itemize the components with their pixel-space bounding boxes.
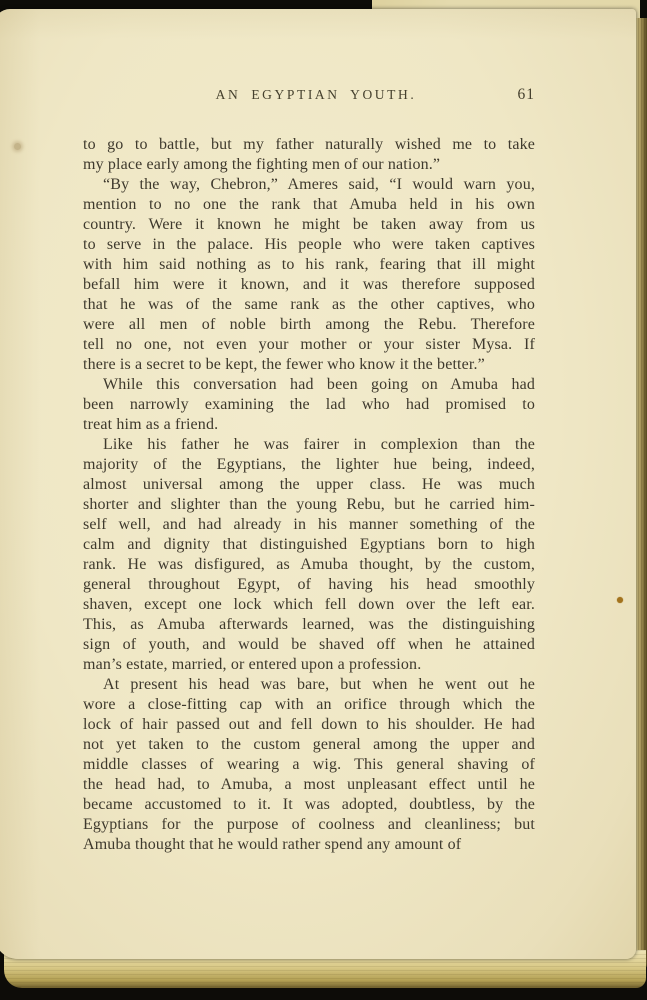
text-line: that he was of the same rank as the othe…: [83, 295, 535, 315]
text-line: Amuba thought that he would rather spend…: [83, 835, 535, 855]
page-number: 61: [518, 86, 536, 104]
text-line: man’s estate, married, or entered upon a…: [83, 655, 535, 675]
text-line: became accustomed to it. It was adopted,…: [83, 795, 535, 815]
text-line: general throughout Egypt, of having his …: [83, 575, 535, 595]
text-line: my place early among the fighting men of…: [83, 155, 535, 175]
text-line: to go to battle, but my father naturally…: [83, 135, 535, 155]
text-line: there is a secret to be kept, the fewer …: [83, 355, 535, 375]
text-line: This, as Amuba afterwards learned, was t…: [83, 615, 535, 635]
text-line: were all men of noble birth among the Re…: [83, 315, 535, 335]
text-line: While this conversation had been going o…: [83, 375, 535, 395]
page-title: AN EGYPTIAN YOUTH.: [83, 87, 535, 103]
text-line: been narrowly examining the lad who had …: [83, 395, 535, 415]
text-line: rank. He was disfigured, as Amuba though…: [83, 555, 535, 575]
book-fore-edge-right: [635, 18, 647, 970]
book-photo: AN EGYPTIAN YOUTH. 61 to go to battle, b…: [0, 0, 647, 1000]
running-head: AN EGYPTIAN YOUTH. 61: [83, 87, 535, 105]
text-line: calm and dignity that distinguished Egyp…: [83, 535, 535, 555]
text-line: shorter and slighter than the young Rebu…: [83, 495, 535, 515]
text-line: shaven, except one lock which fell down …: [83, 595, 535, 615]
text-line: to serve in the palace. His people who w…: [83, 235, 535, 255]
paragraph: to go to battle, but my father naturally…: [83, 135, 535, 175]
paragraph: At present his head was bare, but when h…: [83, 675, 535, 855]
text-line: mention to no one the rank that Amuba he…: [83, 195, 535, 215]
text-column: AN EGYPTIAN YOUTH. 61 to go to battle, b…: [83, 87, 535, 855]
text-line: lock of hair passed out and fell down to…: [83, 715, 535, 735]
text-line: the head had, to Amuba, a most unpleasan…: [83, 775, 535, 795]
text-line: Egyptians for the purpose of coolness an…: [83, 815, 535, 835]
text-line: with him said nothing as to his rank, fe…: [83, 255, 535, 275]
text-line: majority of the Egyptians, the lighter h…: [83, 455, 535, 475]
text-line: self well, and had already in his manner…: [83, 515, 535, 535]
text-line: At present his head was bare, but when h…: [83, 675, 535, 695]
paragraph: “By the way, Chebron,” Ameres said, “I w…: [83, 175, 535, 375]
text-line: “By the way, Chebron,” Ameres said, “I w…: [83, 175, 535, 195]
text-line: middle classes of wearing a wig. This ge…: [83, 755, 535, 775]
paper-speck: [14, 143, 21, 150]
paragraph: Like his father he was fairer in complex…: [83, 435, 535, 675]
text-line: Like his father he was fairer in complex…: [83, 435, 535, 455]
text-line: not yet taken to the custom general amon…: [83, 735, 535, 755]
text-line: tell no one, not even your mother or you…: [83, 335, 535, 355]
text-line: sign of youth, and would be shaved off w…: [83, 635, 535, 655]
text-line: wore a close-fitting cap with an orifice…: [83, 695, 535, 715]
text-line: treat him as a friend.: [83, 415, 535, 435]
body-text: to go to battle, but my father naturally…: [83, 135, 535, 855]
text-line: country. Were it known he might be taken…: [83, 215, 535, 235]
paper-speck: [617, 597, 623, 603]
paragraph: While this conversation had been going o…: [83, 375, 535, 435]
text-line: befall him were it known, and it was the…: [83, 275, 535, 295]
text-line: almost universal among the upper class. …: [83, 475, 535, 495]
book-page: AN EGYPTIAN YOUTH. 61 to go to battle, b…: [0, 9, 636, 959]
